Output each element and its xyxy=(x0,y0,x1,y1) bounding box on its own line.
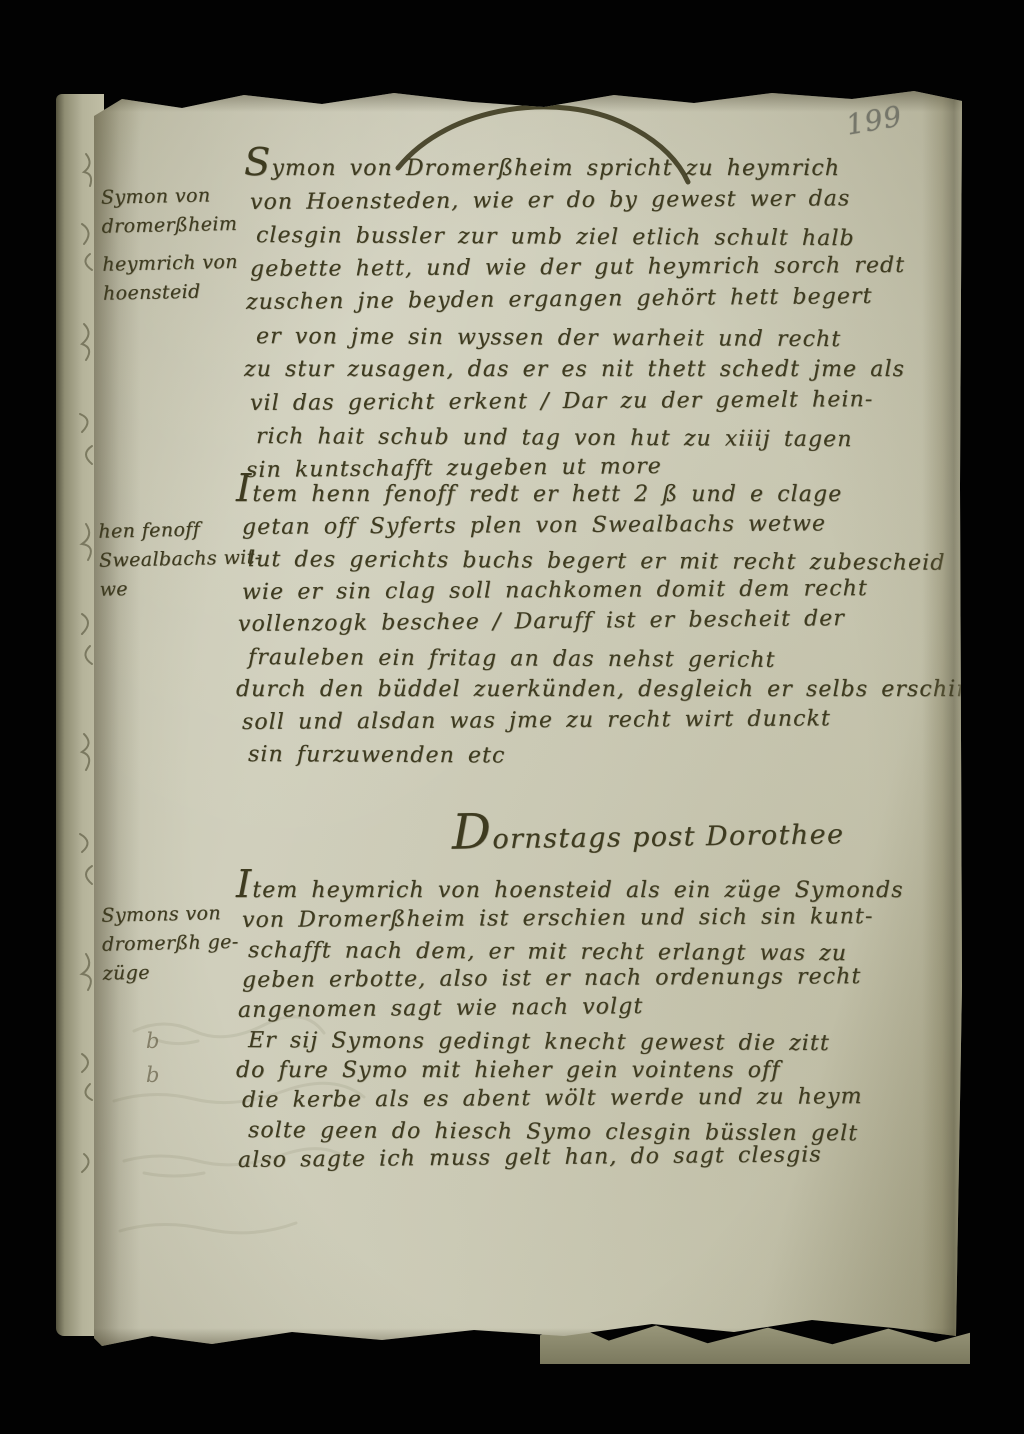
text-line: von Dromerßheim ist erschien und sich si… xyxy=(242,902,942,936)
text-line: durch den büddel zuerkünden, desgleich e… xyxy=(236,674,936,707)
text-line: sin furzuwenden etc xyxy=(248,739,948,775)
manuscript-page: 199 Symon vondromerßheimheymrich vonhoen… xyxy=(94,86,962,1352)
text-line: Symon von Dromerßheim spricht zu heymric… xyxy=(244,152,944,186)
text-line: dromerßheim xyxy=(101,209,267,241)
text-line: Item henn fenoff redt er hett 2 ß und e … xyxy=(236,478,936,512)
text-line: getan off Syferts plen von Swealbachs we… xyxy=(242,507,942,544)
entry-henn-fenoff: Item henn fenoff redt er hett 2 ß und e … xyxy=(236,478,936,772)
text-line: frauleben ein fritag an das nehst gerich… xyxy=(248,642,948,678)
manuscript-photo: 199 Symon vondromerßheimheymrich vonhoen… xyxy=(0,0,1024,1434)
text-line: Item heymrich von hoensteid als ein züge… xyxy=(236,874,936,906)
ink-bleed-through xyxy=(94,991,514,1291)
text-line: von Hoensteden, wie er do by gewest wer … xyxy=(250,181,950,219)
text-line: er von jme sin wyssen der warheit und re… xyxy=(256,320,956,357)
text-line: soll und alsdan was jme zu recht wirt du… xyxy=(242,702,942,739)
text-line: Symon von xyxy=(101,180,267,212)
text-line: vil das gericht erkent / Dar zu der geme… xyxy=(250,382,950,420)
entry-symon-vs-heymrich: Symon von Dromerßheim spricht zu heymric… xyxy=(244,152,944,487)
text-line: zu stur zusagen, das er es nit thett sch… xyxy=(244,353,944,387)
text-line: zuschen jne beyden ergangen gehört hett … xyxy=(246,279,946,319)
text-line: vollenzogk beschee / Daruff ist er besch… xyxy=(238,602,938,641)
date-heading: Dornstags post Dorothee xyxy=(452,815,845,855)
text-line: heymrich von xyxy=(102,247,268,279)
